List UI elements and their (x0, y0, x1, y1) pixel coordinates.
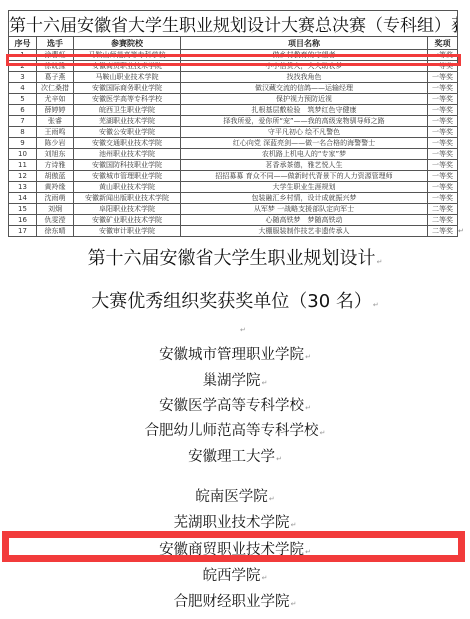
organization-name: 芜湖职业技术学院 (174, 515, 290, 531)
table-row: 7张睿芜湖职业技术学院择我所爱，爱你所“宠”——我的高级宠物驯导师之路一等奖 (9, 116, 458, 127)
organization-list-item: 安徽商贸职业技术学院↵ (0, 538, 470, 559)
cell-award: 一等奖 (428, 61, 458, 72)
heading-text: 大赛优秀组织奖获奖单位（30 名） (91, 291, 372, 312)
organization-name: 合肥财经职业学院 (174, 594, 290, 610)
paragraph-mark: ↵ (373, 301, 379, 309)
cell-name: 涂曹虹 (37, 50, 74, 61)
cell-award: 一等奖 (428, 138, 458, 149)
cell-no: 5 (9, 94, 37, 105)
cell-no: 7 (9, 116, 37, 127)
section-heading-line2: 大赛优秀组织奖获奖单位（30 名）↵ (0, 287, 470, 313)
table-row: 1涂曹虹马鞍山师范高等专科学校做乡村教育的守望者一等奖 (9, 50, 458, 61)
table-row: 8王雨鸣安徽公安职业学院守平凡初心 绘不凡警色一等奖 (9, 127, 458, 138)
cell-school: 安徽审计职业学院 (74, 226, 181, 237)
paragraph-mark: ↵ (291, 521, 297, 529)
table-row: 3葛子燕马鞍山职业技术学院找找我角色一等奖 (9, 72, 458, 83)
organization-name: 安徽城市管理职业学院 (159, 347, 304, 363)
cell-award: 一等奖 (428, 182, 458, 193)
cell-project: 保护视力预防近视 (181, 94, 428, 105)
organization-list-item: 皖南医学院↵ (0, 485, 470, 506)
paragraph-mark: ↵ (240, 326, 246, 334)
cell-project: 包装融汇乡村情，设计成就振兴梦 (181, 193, 428, 204)
table-row: 4次仁桑措安徽国际商务职业学院做汉藏交流的信鸽——运输经理一等奖 (9, 83, 458, 94)
cell-award: 一等奖 (428, 149, 458, 160)
cell-school: 安徽医学高等专科学校 (74, 94, 181, 105)
cell-name: 刘炯 (37, 204, 74, 215)
cell-school: 安徽城市管理职业学院 (74, 171, 181, 182)
cell-project: 招招募募 育众不同——做新时代背景下的人力资源管理师 (181, 171, 428, 182)
cell-name: 沈雨萌 (37, 193, 74, 204)
section-heading-line1: 第十六届安徽省大学生职业规划设计↵ (0, 244, 470, 270)
table-row: 11方诗雅安徽国防科技职业学院茗香承茶德，雅艺悦人生一等奖 (9, 160, 458, 171)
cell-school: 安徽矿业职业技术学院 (74, 215, 181, 226)
cell-award: 一等奖 (428, 116, 458, 127)
table-row: 15刘炯阜阳职业技术学院从军梦 一战略支援部队定向军士二等奖 (9, 204, 458, 215)
table-row: 5尤辛如安徽医学高等专科学校保护视力预防近视一等奖 (9, 94, 458, 105)
organization-name: 安徽医学高等专科学校 (159, 398, 304, 414)
cell-project: 做乡村教育的守望者 (181, 50, 428, 61)
cell-project: 大学生职业生涯规划 (181, 182, 428, 193)
cell-no: 16 (9, 215, 37, 226)
cell-no: 12 (9, 171, 37, 182)
cell-name: 徐东晴 (37, 226, 74, 237)
cell-project: 大棚服装制作技艺非遗传承人 (181, 226, 428, 237)
organization-list-item: 合肥幼儿师范高等专科学校↵ (0, 419, 470, 440)
cell-award: 二等奖 (428, 204, 458, 215)
cell-project: 红心向党 深蓝亮剑——做一名合格的海警警士 (181, 138, 428, 149)
organization-list-item: 安徽城市管理职业学院↵ (0, 343, 470, 364)
cell-project: 守平凡初心 绘不凡警色 (181, 127, 428, 138)
cell-name: 徐皖豫 (37, 61, 74, 72)
cell-no: 8 (9, 127, 37, 138)
cell-name: 王雨鸣 (37, 127, 74, 138)
cell-project: 农机路上机电人的“专家”梦 (181, 149, 428, 160)
award-list-table-container: 第十六届安徽省大学生职业规划设计大赛总决赛（专科组）获奖名单 序号 选手 参赛院… (8, 10, 457, 237)
paragraph-mark: ↵ (320, 429, 326, 437)
cell-no: 11 (9, 160, 37, 171)
cell-award: 一等奖 (428, 171, 458, 182)
table-row: 6薛婷婷皖西卫生职业学院扎根基层敷检验 筑梦红色守健康一等奖 (9, 105, 458, 116)
organization-name: 合肥幼儿师范高等专科学校 (145, 423, 319, 439)
cell-no: 17 (9, 226, 37, 237)
cell-project: 心随高铁梦 梦随高铁动 (181, 215, 428, 226)
cell-name: 胡傲蓝 (37, 171, 74, 182)
cell-name: 仇雯滢 (37, 215, 74, 226)
cell-project: 找找我角色 (181, 72, 428, 83)
cell-name: 薛婷婷 (37, 105, 74, 116)
organization-list-item: 芜湖职业技术学院↵ (0, 511, 470, 532)
cell-award: 一等奖 (428, 94, 458, 105)
cell-name: 次仁桑措 (37, 83, 74, 94)
cell-no: 9 (9, 138, 37, 149)
organization-list-item: 巢湖学院↵ (0, 369, 470, 390)
organization-list-item: 皖西学院↵ (0, 564, 470, 585)
table-row: 10刘旭东池州职业技术学院农机路上机电人的“专家”梦一等奖 (9, 149, 458, 160)
header-award: 奖项 (428, 37, 458, 50)
cell-name: 张睿 (37, 116, 74, 127)
cell-award: 二等奖 (428, 226, 458, 237)
cell-name: 葛子燕 (37, 72, 74, 83)
organization-name: 安徽理工大学 (188, 449, 275, 465)
cell-no: 13 (9, 182, 37, 193)
cell-award: 一等奖 (428, 50, 458, 61)
paragraph-mark: ↵ (305, 404, 311, 412)
header-project: 项目名称 (181, 37, 428, 50)
cell-award: 一等奖 (428, 72, 458, 83)
cell-school: 马鞍山师范高等专科学校 (74, 50, 181, 61)
cell-school: 安徽国际商务职业学院 (74, 83, 181, 94)
cell-award: 二等奖 (428, 215, 458, 226)
table-header-row: 序号 选手 参赛院校 项目名称 奖项 (9, 37, 458, 50)
table-row: 13黄羚缘黄山职业技术学院大学生职业生涯规划一等奖 (9, 182, 458, 193)
cell-name: 刘旭东 (37, 149, 74, 160)
paragraph-mark: ↵ (262, 379, 268, 387)
cell-award: 一等奖 (428, 193, 458, 204)
cell-school: 阜阳职业技术学院 (74, 204, 181, 215)
cell-school: 皖西卫生职业学院 (74, 105, 181, 116)
cell-name: 尤辛如 (37, 94, 74, 105)
table-row: 16仇雯滢安徽矿业职业技术学院心随高铁梦 梦随高铁动二等奖 (9, 215, 458, 226)
organization-name: 安徽商贸职业技术学院 (159, 542, 304, 558)
cell-award: 一等奖 (428, 105, 458, 116)
cell-name: 黄羚缘 (37, 182, 74, 193)
organization-name: 巢湖学院 (203, 373, 261, 389)
cell-project: 从军梦 一战略支援部队定向军士 (181, 204, 428, 215)
cell-no: 1 (9, 50, 37, 61)
organization-name: 皖南医学院 (195, 489, 268, 505)
return-mark: ↵ (458, 227, 464, 235)
paragraph-mark: ↵ (291, 600, 297, 608)
table-row: 17徐东晴安徽审计职业学院大棚服装制作技艺非遗传承人二等奖 (9, 226, 458, 237)
cell-no: 4 (9, 83, 37, 94)
organization-name: 皖西学院 (203, 568, 261, 584)
header-school: 参赛院校 (74, 37, 181, 50)
cell-award: 一等奖 (428, 160, 458, 171)
cell-school: 安徽公安职业学院 (74, 127, 181, 138)
paragraph-mark: ↵ (276, 455, 282, 463)
cell-no: 6 (9, 105, 37, 116)
cell-award: 一等奖 (428, 127, 458, 138)
cell-school: 芜湖职业技术学院 (74, 116, 181, 127)
cell-project: 做汉藏交流的信鸽——运输经理 (181, 83, 428, 94)
cell-school: 黄山职业技术学院 (74, 182, 181, 193)
paragraph-mark: ↵ (262, 574, 268, 582)
cell-name: 方诗雅 (37, 160, 74, 171)
paragraph-mark: ↵ (305, 548, 311, 556)
heading-text: 第十六届安徽省大学生职业规划设计 (88, 248, 376, 269)
cell-project: 择我所爱，爱你所“宠”——我的高级宠物驯导师之路 (181, 116, 428, 127)
organization-list-item: 合肥财经职业学院↵ (0, 590, 470, 611)
table-row: 14沈雨萌安徽新闻出版职业技术学院包装融汇乡村情，设计成就振兴梦一等奖 (9, 193, 458, 204)
table-title: 第十六届安徽省大学生职业规划设计大赛总决赛（专科组）获奖名单 (9, 11, 458, 37)
table-row: 2徐皖豫安徽商贸职业技术学院小小信贷人，大大助农梦一等奖 (9, 61, 458, 72)
cell-project: 小小信贷人，大大助农梦 (181, 61, 428, 72)
cell-project: 茗香承茶德，雅艺悦人生 (181, 160, 428, 171)
organization-list-item: 安徽理工大学↵ (0, 445, 470, 466)
paragraph-mark: ↵ (269, 495, 275, 503)
award-list-table: 第十六届安徽省大学生职业规划设计大赛总决赛（专科组）获奖名单 序号 选手 参赛院… (8, 10, 458, 237)
header-name: 选手 (37, 37, 74, 50)
cell-school: 安徽国防科技职业学院 (74, 160, 181, 171)
table-row: 12胡傲蓝安徽城市管理职业学院招招募募 育众不同——做新时代背景下的人力资源管理… (9, 171, 458, 182)
cell-school: 池州职业技术学院 (74, 149, 181, 160)
cell-no: 14 (9, 193, 37, 204)
header-no: 序号 (9, 37, 37, 50)
paragraph-mark: ↵ (377, 258, 383, 266)
cell-name: 陈少岩 (37, 138, 74, 149)
cell-no: 15 (9, 204, 37, 215)
cell-school: 安徽交通职业技术学院 (74, 138, 181, 149)
cell-school: 安徽商贸职业技术学院 (74, 61, 181, 72)
organization-list-item: 安徽医学高等专科学校↵ (0, 394, 470, 415)
paragraph-mark: ↵ (305, 353, 311, 361)
cell-no: 10 (9, 149, 37, 160)
cell-school: 马鞍山职业技术学院 (74, 72, 181, 83)
cell-school: 安徽新闻出版职业技术学院 (74, 193, 181, 204)
cell-no: 2 (9, 61, 37, 72)
table-row: 9陈少岩安徽交通职业技术学院红心向党 深蓝亮剑——做一名合格的海警警士一等奖 (9, 138, 458, 149)
cell-project: 扎根基层敷检验 筑梦红色守健康 (181, 105, 428, 116)
cell-award: 一等奖 (428, 83, 458, 94)
cell-no: 3 (9, 72, 37, 83)
